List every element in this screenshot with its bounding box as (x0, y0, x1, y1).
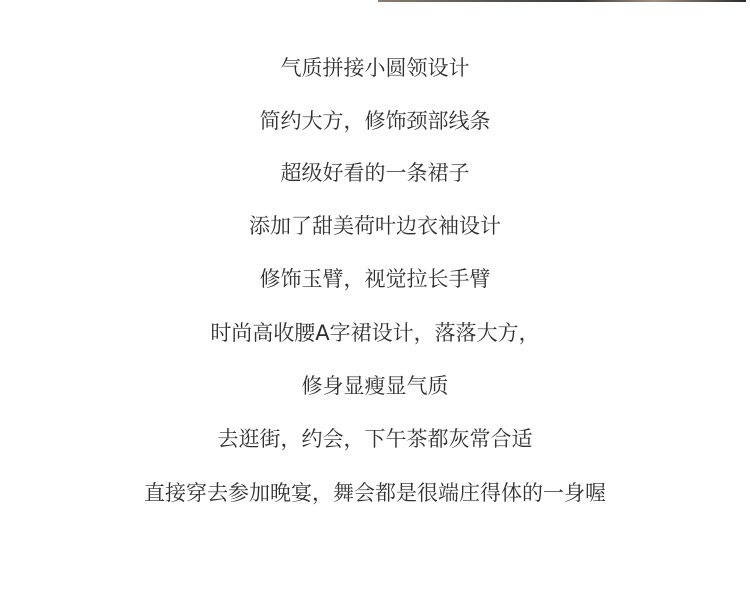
description-line: 添加了甜美荷叶边衣袖设计 (0, 213, 750, 239)
description-line: 去逛街，约会，下午茶都灰常合适 (0, 426, 750, 452)
description-line: 修身显瘦显气质 (0, 373, 750, 399)
description-line: 超级好看的一条裙子 (0, 160, 750, 186)
description-line: 直接穿去参加晚宴，舞会都是很端庄得体的一身喔 (0, 480, 750, 506)
description-line: 修饰玉臂，视觉拉长手臂 (0, 266, 750, 292)
description-line: 简约大方，修饰颈部线条 (0, 108, 750, 134)
description-line: 时尚高收腰A字裙设计，落落大方， (0, 320, 750, 346)
product-image-edge (378, 0, 746, 2)
description-line: 气质拼接小圆领设计 (0, 55, 750, 81)
